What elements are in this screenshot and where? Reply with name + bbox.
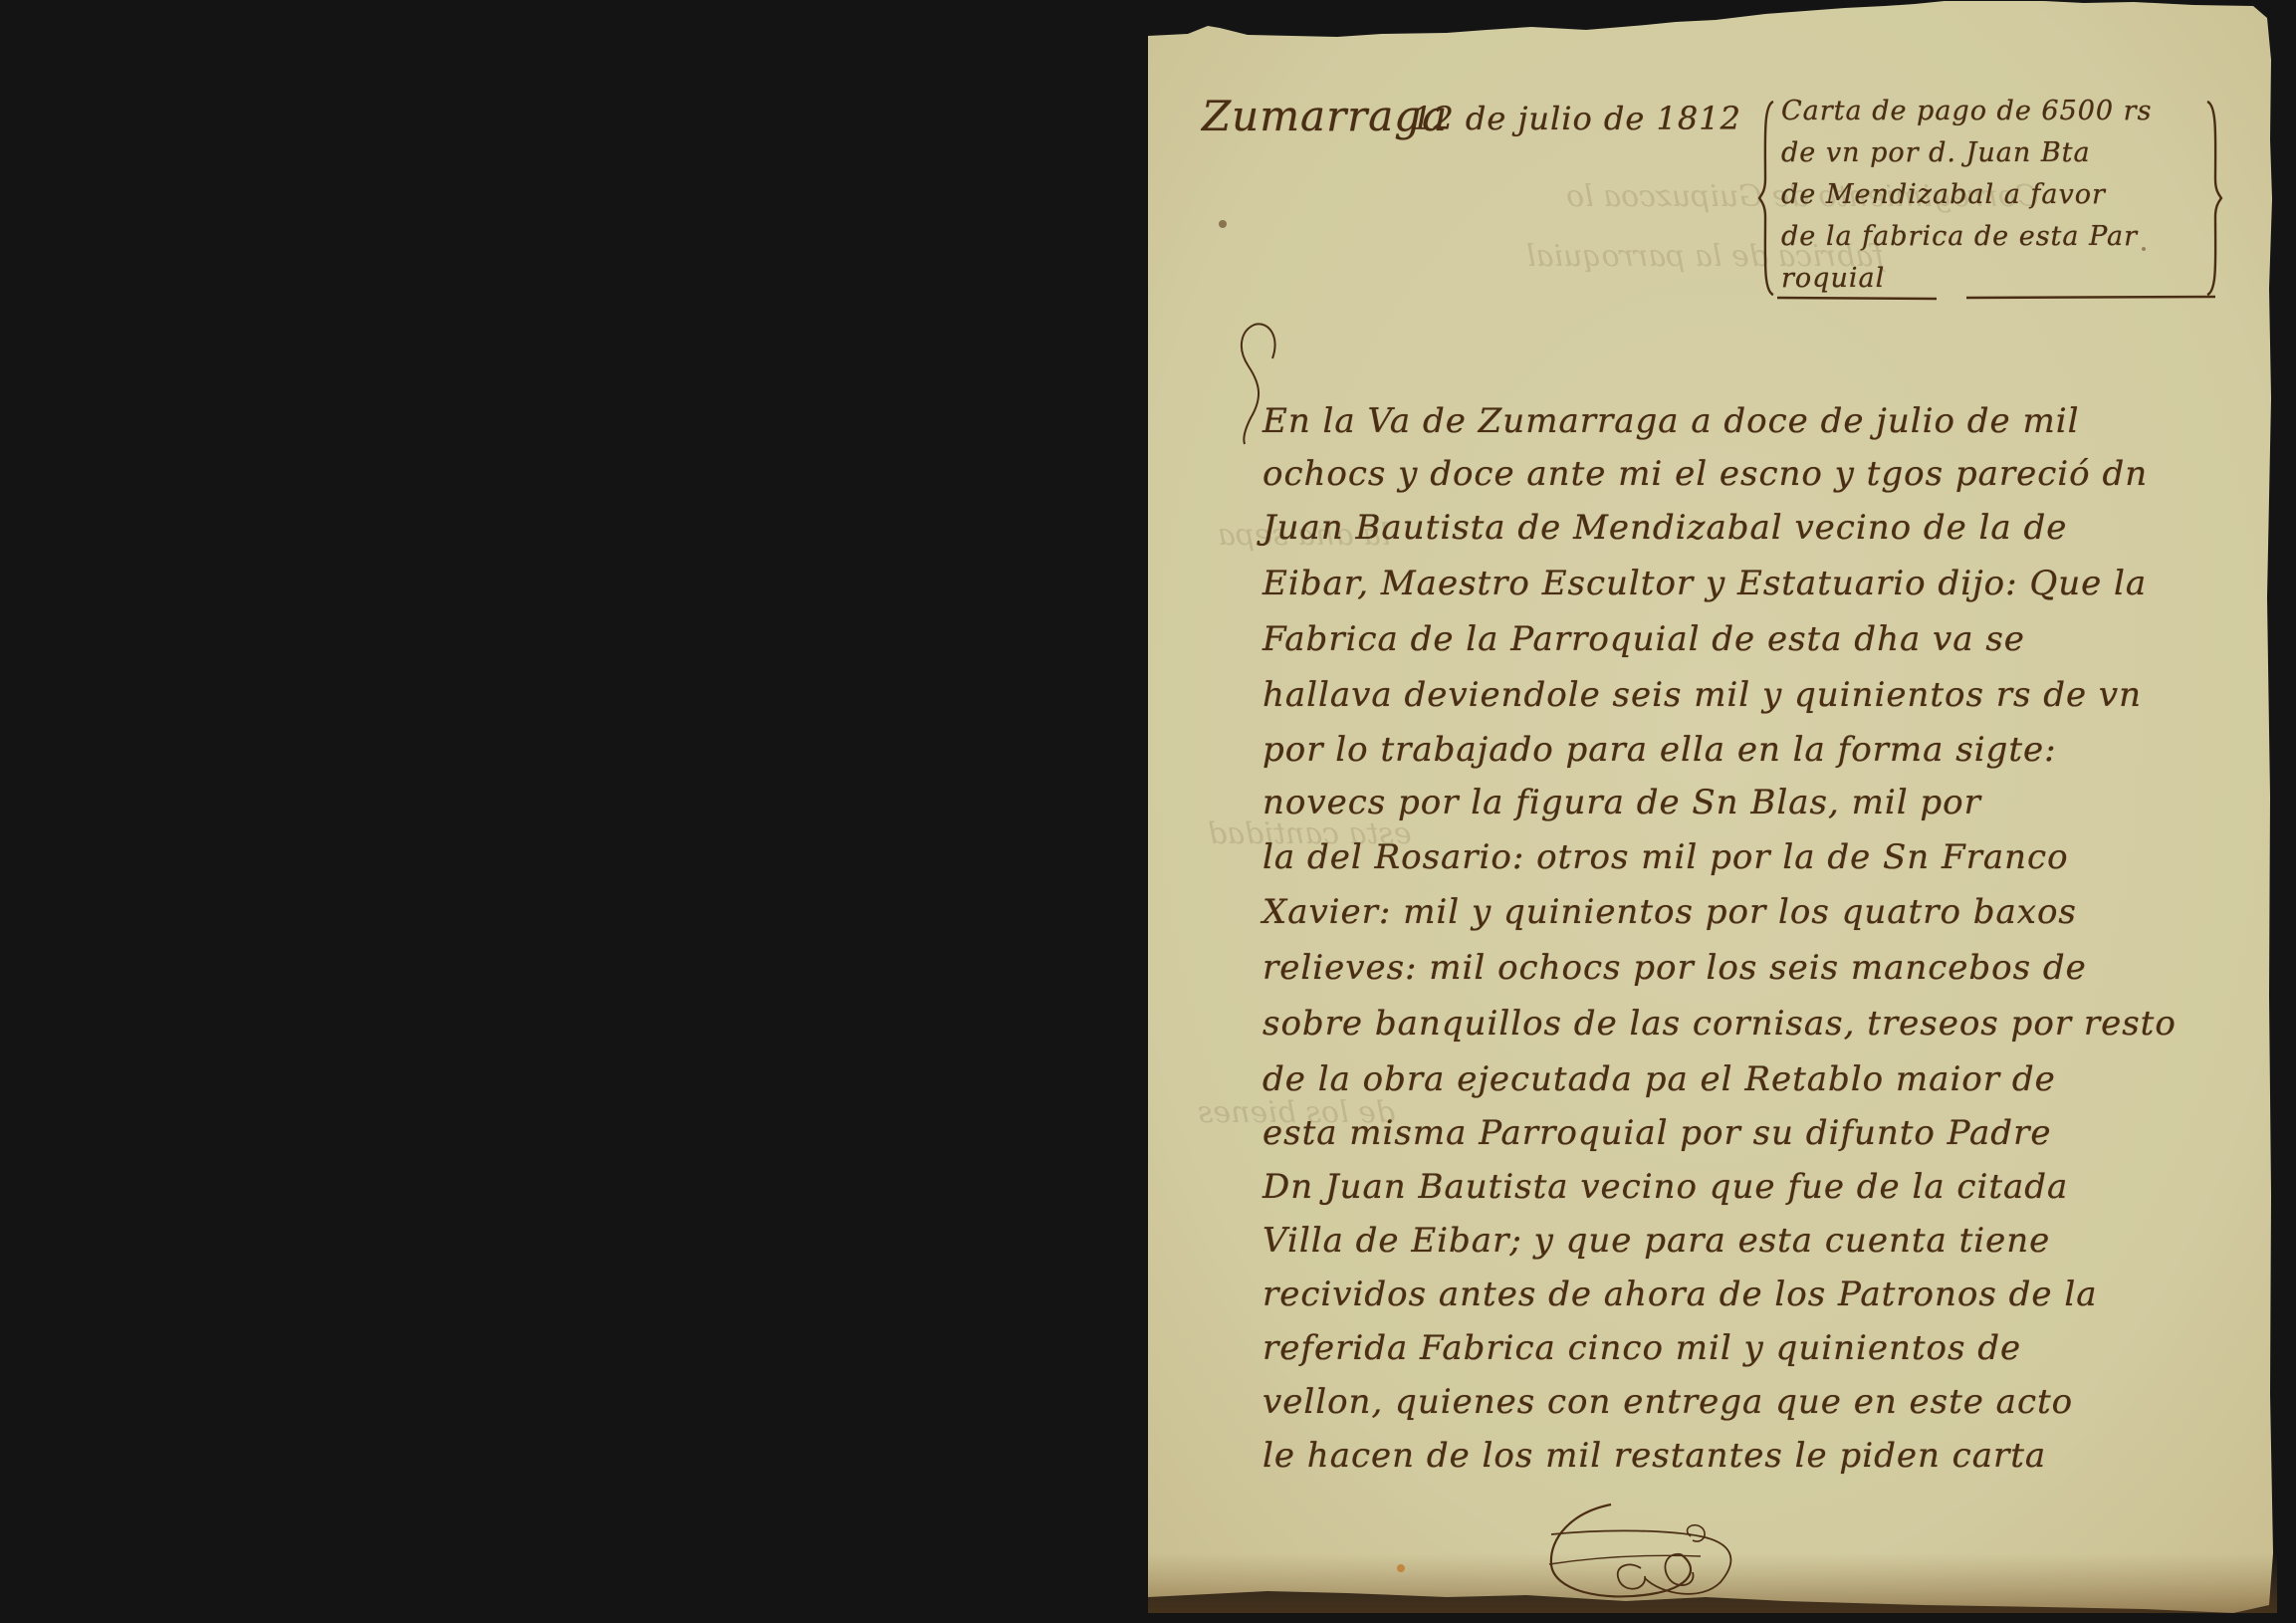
left-brace-icon bbox=[1757, 100, 1777, 297]
body-line: En la Va de Zumarraga a doce de julio de… bbox=[1263, 401, 2079, 441]
body-line: le hacen de los mil restantes le piden c… bbox=[1263, 1436, 2046, 1476]
margin-note-line: roquial bbox=[1781, 263, 1885, 294]
body-line: esta misma Parroquial por su difunto Pad… bbox=[1263, 1113, 2051, 1153]
body-line: referida Fabrica cinco mil y quinientos … bbox=[1263, 1328, 2021, 1368]
body-line: por lo trabajado para ella en la forma s… bbox=[1263, 730, 2057, 770]
margin-note-line: de la fabrica de esta Par bbox=[1781, 221, 2138, 252]
right-brace-icon bbox=[2203, 100, 2223, 297]
margin-note: Carta de pago de 6500 rs de vn por d. Ju… bbox=[1757, 100, 2223, 297]
body-line: de la obra ejecutada pa el Retablo maior… bbox=[1263, 1059, 2056, 1099]
body-line: Juan Bautista de Mendizabal vecino de la… bbox=[1263, 508, 2067, 548]
margin-note-line: de Mendizabal a favor bbox=[1781, 179, 2106, 210]
body-line: Dn Juan Bautista vecino que fue de la ci… bbox=[1263, 1167, 2068, 1207]
body-line: recividos antes de ahora de los Patronos… bbox=[1263, 1275, 2098, 1314]
body-line: hallava deviendole seis mil y quinientos… bbox=[1263, 675, 2142, 715]
manuscript-page: Corregimiento de Guipuzcoa lo fabrica de… bbox=[1148, 0, 2277, 1623]
margin-note-underline bbox=[1757, 295, 2223, 301]
body-line: novecs por la figura de Sn Blas, mil por bbox=[1263, 783, 1981, 822]
body-line: relieves: mil ochocs por los seis manceb… bbox=[1263, 948, 2087, 988]
body-line: la del Rosario: otros mil por la de Sn F… bbox=[1263, 837, 2069, 877]
body-line: vellon, quienes con entrega que en este … bbox=[1263, 1382, 2073, 1422]
body-line: Villa de Eibar; y que para esta cuenta t… bbox=[1263, 1221, 2050, 1261]
viewer-background bbox=[0, 0, 1148, 1623]
body-line: Xavier: mil y quinientos por los quatro … bbox=[1263, 892, 2077, 932]
signature-flourish-icon bbox=[1541, 1499, 1760, 1603]
header-date: 12 de julio de 1812 bbox=[1412, 100, 1741, 137]
margin-note-line: de vn por d. Juan Bta bbox=[1781, 137, 2091, 168]
margin-note-line: Carta de pago de 6500 rs bbox=[1781, 96, 2152, 126]
body-line: ochocs y doce ante mi el escno y tgos pa… bbox=[1263, 454, 2148, 494]
body-line: sobre banquillos de las cornisas, treseo… bbox=[1263, 1004, 2177, 1043]
body-line: Eibar, Maestro Escultor y Estatuario dij… bbox=[1263, 564, 2147, 603]
body-line: Fabrica de la Parroquial de esta dha va … bbox=[1263, 619, 2025, 659]
